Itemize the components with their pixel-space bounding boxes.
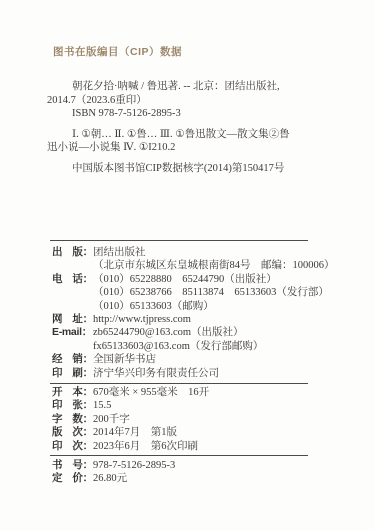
- cip-line: Ⅰ. ①朝… Ⅱ. ①鲁… Ⅲ. ①鲁迅散文—散文集②鲁: [47, 128, 315, 142]
- info-row-distribution: 经 销： 全国新华书店: [52, 353, 324, 366]
- info-value: 15.5: [93, 399, 324, 412]
- info-value: 全国新华书店: [93, 353, 324, 366]
- info-row-phone-3: （010）65133603（邮购）: [52, 300, 324, 313]
- divider-top: [50, 240, 308, 241]
- info-row-publisher: 出 版： 团结出版社: [52, 246, 324, 259]
- info-value: 670毫米 × 955毫米 16开: [93, 386, 324, 399]
- cip-catalog-number: 中国版本图书馆CIP数据核字(2014)第150417号: [47, 162, 315, 176]
- cip-heading: 图书在版编目（CIP）数据: [53, 44, 182, 59]
- info-row-phone-2: （010）65238766 85113874 65133603（发行部）: [52, 286, 324, 299]
- cip-line: 迅小说—小说集 Ⅳ. ①I210.2: [47, 141, 315, 155]
- info-row-email-2: fx65133603@163.com（发行部邮购）: [52, 340, 324, 353]
- info-label: 定 价：: [52, 472, 93, 485]
- email-value: zb65244790@163.com（出版社）: [93, 326, 324, 339]
- info-value: （010）65228880 65244790（出版社）: [93, 273, 324, 286]
- spec-row-printing: 印 次： 2023年6月 第6次印刷: [52, 440, 324, 453]
- info-label: 电 话：: [52, 273, 93, 286]
- info-value: （010）65133603（邮购）: [93, 300, 324, 313]
- email-value: fx65133603@163.com（发行部邮购）: [93, 340, 324, 353]
- spec-row-edition: 版 次： 2014年7月 第1版: [52, 426, 324, 439]
- info-label: 版 次：: [52, 426, 93, 439]
- info-value: 团结出版社: [93, 246, 324, 259]
- isbn-price-block: 书 号： 978-7-5126-2895-3 定 价： 26.80元: [52, 459, 324, 486]
- info-label: 出 版：: [52, 246, 93, 259]
- cip-line: 2014.7（2023.6重印）: [47, 94, 315, 108]
- divider-middle: [50, 383, 308, 384]
- info-label: 印 张：: [52, 399, 93, 412]
- spec-row-format: 开 本： 670毫米 × 955毫米 16开: [52, 386, 324, 399]
- print-spec-block: 开 本： 670毫米 × 955毫米 16开 印 张： 15.5 字 数： 20…: [52, 386, 324, 453]
- isbn-value: 978-7-5126-2895-3: [93, 459, 324, 472]
- info-row-address: （北京市东城区东皇城根南街84号 邮编：100006）: [52, 259, 324, 272]
- spec-row-wordcount: 字 数： 200千字: [52, 413, 324, 426]
- info-label: E-mail：: [52, 326, 93, 339]
- info-label: 字 数：: [52, 413, 93, 426]
- book-copyright-page: 图书在版编目（CIP）数据 朝花夕拾·呐喊 / 鲁迅著. -- 北京：团结出版社…: [0, 0, 375, 531]
- divider-bottom: [50, 455, 308, 456]
- info-row-website: 网 址： http://www.tjpress.com: [52, 313, 324, 326]
- price-value: 26.80元: [93, 472, 324, 485]
- info-label: 印 次：: [52, 440, 93, 453]
- cip-line: ISBN 978-7-5126-2895-3: [47, 107, 315, 121]
- info-value: （010）65238766 85113874 65133603（发行部）: [93, 286, 329, 299]
- website-url: http://www.tjpress.com: [93, 313, 324, 326]
- footer-row-price: 定 价： 26.80元: [52, 472, 324, 485]
- info-value: （北京市东城区东皇城根南街84号 邮编：100006）: [93, 259, 335, 272]
- cip-record-block: 朝花夕拾·呐喊 / 鲁迅著. -- 北京：团结出版社, 2014.7（2023.…: [47, 80, 315, 175]
- info-value: 200千字: [93, 413, 324, 426]
- footer-row-isbn: 书 号： 978-7-5126-2895-3: [52, 459, 324, 472]
- info-value: 2014年7月 第1版: [93, 426, 324, 439]
- cip-line: 朝花夕拾·呐喊 / 鲁迅著. -- 北京：团结出版社,: [47, 80, 315, 94]
- info-value: 济宁华兴印务有限责任公司: [93, 367, 324, 380]
- info-row-phone: 电 话： （010）65228880 65244790（出版社）: [52, 273, 324, 286]
- spec-row-sheets: 印 张： 15.5: [52, 399, 324, 412]
- publisher-info-block: 出 版： 团结出版社 （北京市东城区东皇城根南街84号 邮编：100006） 电…: [52, 246, 324, 380]
- info-row-email: E-mail： zb65244790@163.com（出版社）: [52, 326, 324, 339]
- info-label: 经 销：: [52, 353, 93, 366]
- info-row-printer: 印 刷： 济宁华兴印务有限责任公司: [52, 367, 324, 380]
- info-label: 开 本：: [52, 386, 93, 399]
- info-value: 2023年6月 第6次印刷: [93, 440, 324, 453]
- info-label: 印 刷：: [52, 367, 93, 380]
- info-label: 书 号：: [52, 459, 93, 472]
- info-label: 网 址：: [52, 313, 93, 326]
